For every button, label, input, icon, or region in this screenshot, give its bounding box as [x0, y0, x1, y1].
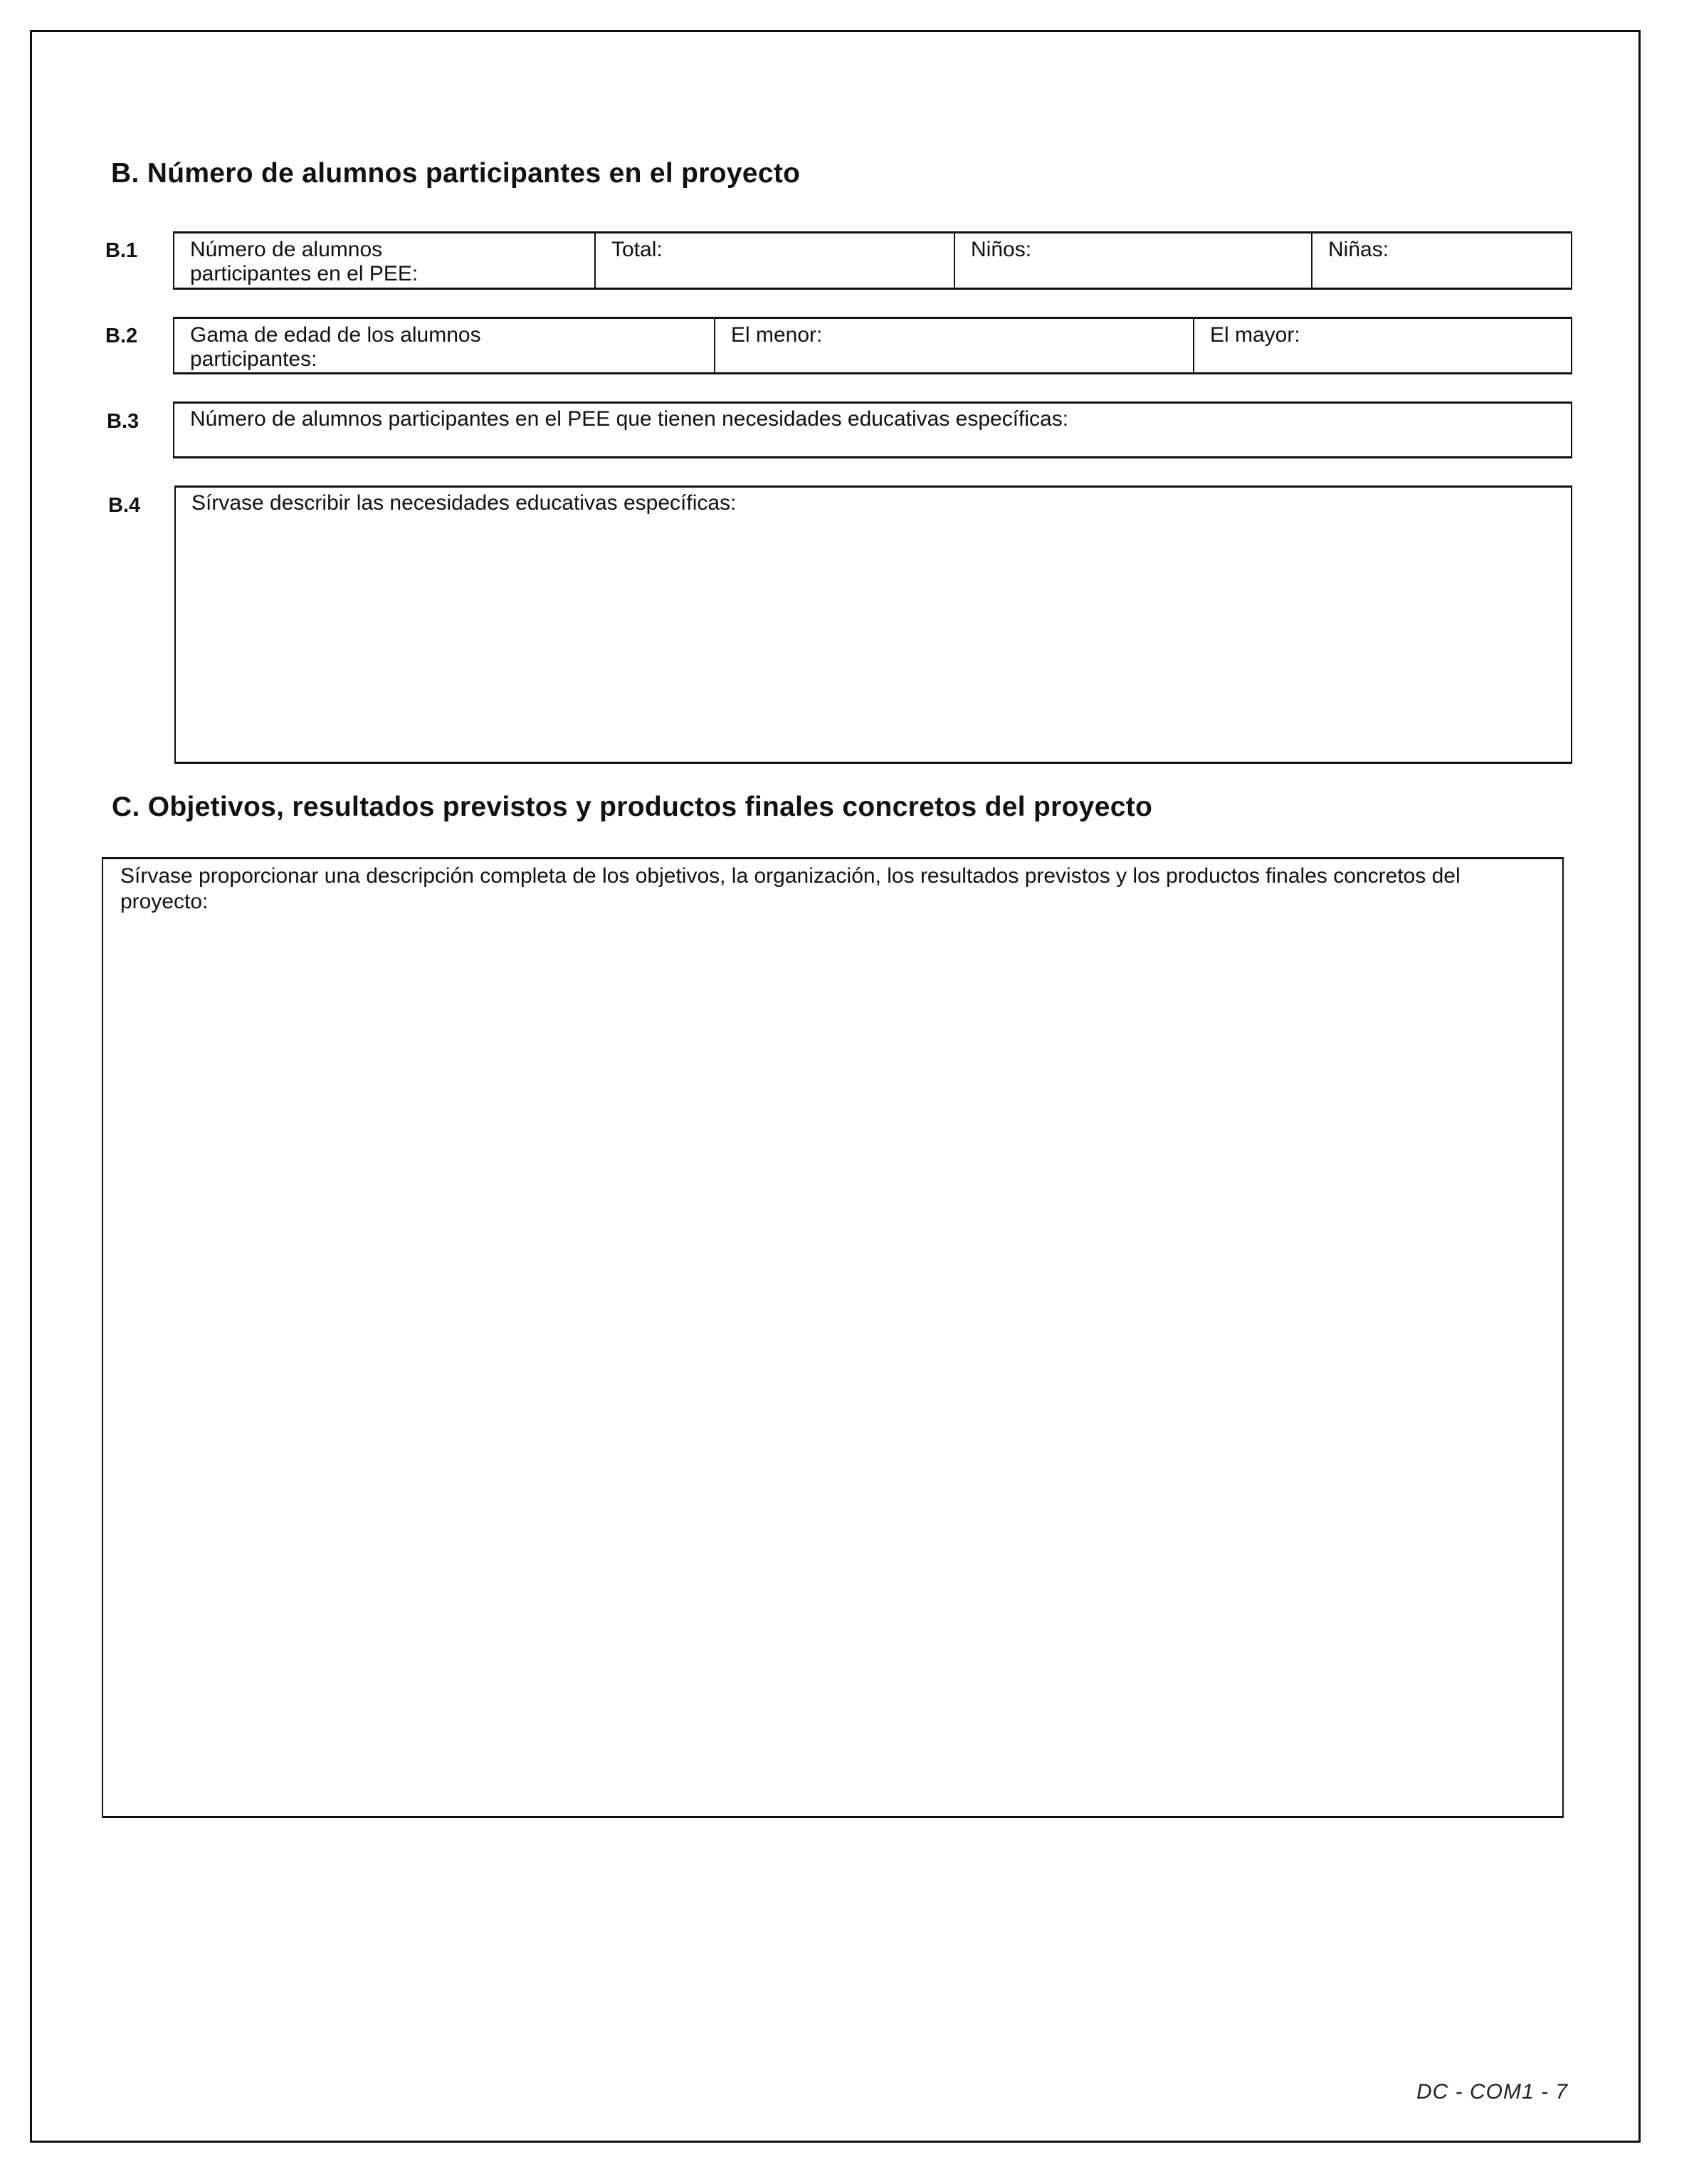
b3-label: B.3: [107, 410, 139, 434]
b1-row: Número de alumnos participantes en el PE…: [173, 231, 1572, 290]
b1-total-label: Total:: [611, 238, 954, 262]
b2-menor-field[interactable]: El menor:: [714, 319, 1193, 372]
page-code: DC - COM1 - 7: [1416, 2080, 1568, 2104]
b1-label: B.1: [105, 239, 137, 263]
b2-mayor-label: El mayor:: [1210, 323, 1571, 347]
b1-description: Número de alumnos participantes en el PE…: [190, 238, 489, 286]
b2-mayor-field[interactable]: El mayor:: [1193, 319, 1571, 372]
b2-menor-label: El menor:: [731, 323, 1193, 347]
b1-ninas-label: Niñas:: [1328, 238, 1571, 262]
section-c-heading: C. Objetivos, resultados previstos y pro…: [112, 792, 1152, 823]
b4-label: B.4: [108, 494, 140, 518]
b4-description: Sírvase describir las necesidades educat…: [191, 490, 1571, 516]
b1-description-cell: Número de alumnos participantes en el PE…: [174, 233, 594, 288]
c-field[interactable]: Sírvase proporcionar una descripción com…: [102, 857, 1564, 1818]
b1-ninos-field[interactable]: Niños:: [954, 233, 1311, 288]
b3-description-cell: Número de alumnos participantes en el PE…: [174, 404, 1571, 456]
b2-description-cell: Gama de edad de los alumnos participante…: [174, 319, 714, 372]
section-b-heading: B. Número de alumnos participantes en el…: [111, 158, 800, 189]
b1-total-field[interactable]: Total:: [594, 233, 954, 288]
b4-field[interactable]: Sírvase describir las necesidades educat…: [174, 485, 1572, 764]
b1-ninas-field[interactable]: Niñas:: [1311, 233, 1571, 288]
c-description-cell: Sírvase proporcionar una descripción com…: [103, 859, 1562, 1816]
b1-ninos-label: Niños:: [971, 238, 1311, 262]
b2-label: B.2: [105, 325, 137, 348]
b3-field[interactable]: Número de alumnos participantes en el PE…: [173, 401, 1572, 458]
b3-description: Número de alumnos participantes en el PE…: [190, 406, 1571, 432]
b4-description-cell: Sírvase describir las necesidades educat…: [176, 488, 1571, 762]
b2-description: Gama de edad de los alumnos participante…: [190, 323, 589, 372]
b2-row: Gama de edad de los alumnos participante…: [173, 317, 1572, 374]
c-description: Sírvase proporcionar una descripción com…: [120, 863, 1515, 915]
